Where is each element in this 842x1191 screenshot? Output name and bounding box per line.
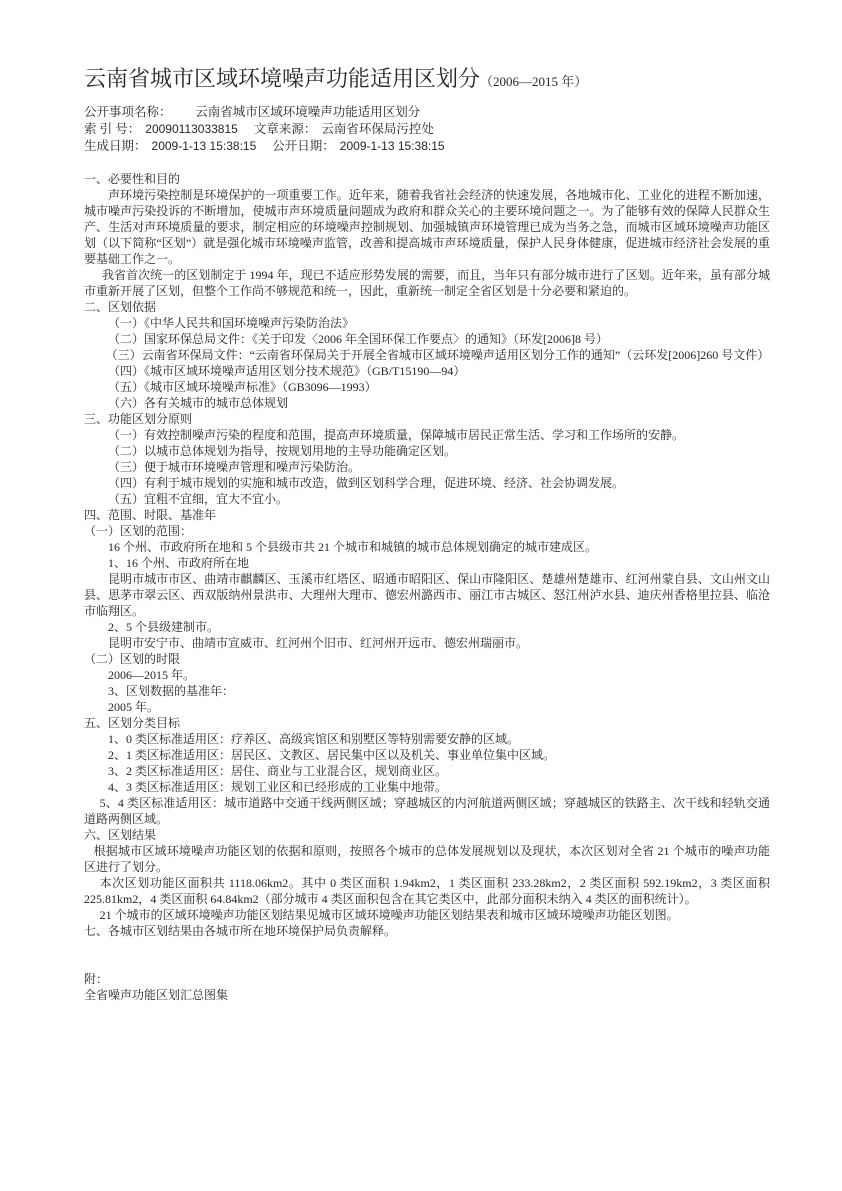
paragraph: 2、5 个县级建制市。 (84, 619, 770, 635)
subsection-heading: （一）区划的范围： (84, 523, 770, 539)
paragraph: 昆明市城市市区、曲靖市麒麟区、玉溪市红塔区、昭通市昭阳区、保山市隆阳区、楚雄州楚… (84, 571, 770, 619)
paragraph: （三）便于城市环境噪声管理和噪声污染防治。 (84, 459, 770, 475)
document-body: 一、必要性和目的声环境污染控制是环境保护的一项重要工作。近年来，随着我省社会经济… (84, 171, 770, 1003)
page-title-period: （2006—2015 年） (480, 74, 587, 89)
paragraph: （三）云南省环保局文件：“云南省环保局关于开展全省城市区域环境噪声适用区划分工作… (84, 347, 770, 363)
paragraph: 3、区划数据的基准年： (84, 683, 770, 699)
blank-line (84, 955, 770, 971)
section-heading: 二、区划依据 (84, 299, 770, 315)
paragraph: 4、3 类区标准适用区：规划工业区和已经形成的工业集中地带。 (84, 779, 770, 795)
section-heading: 五、区划分类目标 (84, 715, 770, 731)
paragraph: 5、4 类区标准适用区：城市道路中交通干线两侧区域；穿越城区的内河航道两侧区域；… (84, 795, 770, 827)
attachment-item: 全省噪声功能区划汇总图集 (84, 987, 770, 1003)
meta-value: 20090113033815 (145, 122, 238, 136)
meta-value: 云南省环保局污控处 (321, 122, 434, 136)
meta-label: 文章来源： (254, 122, 317, 136)
paragraph: 3、2 类区标准适用区：居住、商业与工业混合区，规划商业区。 (84, 763, 770, 779)
section-heading: 一、必要性和目的 (84, 171, 770, 187)
paragraph: （一）有效控制噪声污染的程度和范围，提高声环境质量，保障城市居民正常生活、学习和… (84, 427, 770, 443)
meta-label: 公开事项名称： (84, 105, 165, 119)
subsection-heading: （二）区划的时限 (84, 651, 770, 667)
page-title: 云南省城市区域环境噪声功能适用区划分（2006—2015 年） (84, 64, 770, 97)
meta-label: 生成日期： (84, 139, 147, 153)
meta-label: 公开日期： (272, 139, 335, 153)
attachment-label: 附： (84, 971, 770, 987)
blank-line (84, 939, 770, 955)
section-heading: 七、各城市区划结果由各城市所在地环境保护局负责解释。 (84, 923, 770, 939)
paragraph: 2、1 类区标准适用区：居民区、文教区、居民集中区以及机关、事业单位集中区域。 (84, 747, 770, 763)
paragraph: 根据城市区域环境噪声功能区划的依据和原则，按照各个城市的总体发展规划以及现状，本… (84, 843, 770, 875)
meta-row: 生成日期：2009-1-13 15:38:15公开日期：2009-1-13 15… (84, 138, 770, 155)
paragraph: （二）以城市总体规划为指导，按规划用地的主导功能确定区划。 (84, 443, 770, 459)
paragraph: （二）国家环保总局文件：《关于印发〈2006 年全国环保工作要点〉的通知》（环发… (84, 331, 770, 347)
paragraph: （四）《城市区域环境噪声适用区划分技术规范》（GB/T15190—94） (84, 363, 770, 379)
paragraph: （四）有利于城市规划的实施和城市改造，做到区划科学合理，促进环境、经济、社会协调… (84, 475, 770, 491)
meta-label: 索 引 号： (84, 122, 140, 136)
document-page: 云南省城市区域环境噪声功能适用区划分（2006—2015 年） 公开事项名称： … (0, 0, 842, 1003)
paragraph: 我省首次统一的区划制定于 1994 年，现已不适应形势发展的需要，而且，当年只有… (84, 267, 770, 299)
page-title-text: 云南省城市区域环境噪声功能适用区划分 (84, 66, 480, 91)
section-heading: 六、区划结果 (84, 827, 770, 843)
paragraph: （五）《城市区域环境噪声标准》（GB3096—1993） (84, 379, 770, 395)
paragraph: （六）各有关城市的城市总体规划 (84, 395, 770, 411)
paragraph: 21 个城市的区域环境噪声功能区划结果见城市区域环境噪声功能区划结果表和城市区域… (84, 907, 770, 923)
paragraph: 1、16 个州、市政府所在地 (84, 555, 770, 571)
paragraph: 声环境污染控制是环境保护的一项重要工作。近年来，随着我省社会经济的快速发展，各地… (84, 187, 770, 267)
meta-block: 公开事项名称： 云南省城市区域环境噪声功能适用区划分索 引 号：20090113… (84, 104, 770, 155)
paragraph: 1、0 类区标准适用区：疗养区、高级宾馆区和别墅区等特别需要安静的区域。 (84, 731, 770, 747)
paragraph: 16 个州、市政府所在地和 5 个县级市共 21 个城市和城镇的城市总体规划确定… (84, 539, 770, 555)
paragraph: 2006—2015 年。 (84, 667, 770, 683)
meta-value: 云南省城市区域环境噪声功能适用区划分 (170, 105, 420, 119)
meta-value: 2009-1-13 15:38:15 (152, 139, 257, 153)
paragraph: 昆明市安宁市、曲靖市宣威市、红河州个旧市、红河州开远市、德宏州瑞丽市。 (84, 635, 770, 651)
section-heading: 三、功能区划分原则 (84, 411, 770, 427)
meta-row: 公开事项名称： 云南省城市区域环境噪声功能适用区划分 (84, 104, 770, 121)
paragraph: （一）《中华人民共和国环境噪声污染防治法》 (84, 315, 770, 331)
section-heading: 四、范围、时限、基准年 (84, 507, 770, 523)
paragraph: 2005 年。 (84, 699, 770, 715)
meta-value: 2009-1-13 15:38:15 (340, 139, 445, 153)
paragraph: （五）宜粗不宜细，宜大不宜小。 (84, 491, 770, 507)
meta-row: 索 引 号：20090113033815文章来源：云南省环保局污控处 (84, 121, 770, 138)
paragraph: 本次区划功能区面积共 1118.06km2。其中 0 类区面积 1.94km2，… (84, 875, 770, 907)
